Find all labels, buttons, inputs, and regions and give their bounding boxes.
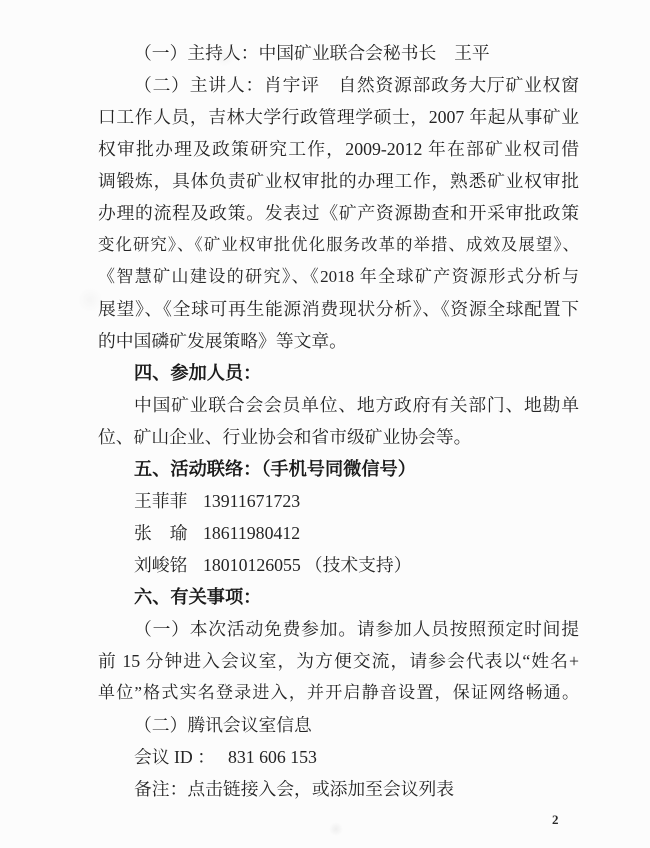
remark-line: 备注：点击链接入会，或添加至会议列表 [98, 773, 579, 805]
matters-item1-line-3: 单位”格式实名登录进入，并开启静音设置，保证网络畅通。 [98, 677, 579, 709]
contact-row: 刘峻铭18010126055（技术支持） [98, 549, 579, 581]
speaker-line-8: 展望》、《全球可再生能源消费现状分析》、《资源全球配置下 [98, 293, 579, 325]
scanned-document-page: （一）主持人：中国矿业联合会秘书长 王平 （二）主讲人：肖宇评 自然资源部政务大… [0, 0, 650, 848]
section-heading-matters: 六、有关事项： [98, 581, 579, 613]
contact-row: 张 瑜18611980412 [98, 517, 579, 549]
meeting-id-value: 831 606 153 [228, 747, 317, 767]
speaker-line-3: 权审批办理及政策研究工作，2009-2012 年在部矿业权司借 [98, 133, 579, 165]
meeting-id-line: 会议 ID ：831 606 153 [98, 741, 579, 773]
participants-line-2: 位、矿山企业、行业协会和省市级矿业协会等。 [98, 421, 579, 453]
contact-name: 王菲菲 [134, 485, 203, 517]
contact-phone: 13911671723 [203, 491, 300, 511]
speaker-line-6: 变化研究》、《矿业权审批优化服务改革的举措、成效及展望》、 [98, 229, 579, 261]
contact-name: 刘峻铭 [134, 549, 203, 581]
matters-item1-line-2: 前 15 分钟进入会议室，为方便交流，请参会代表以“姓名+ [98, 645, 579, 677]
host-line: （一）主持人：中国矿业联合会秘书长 王平 [98, 37, 579, 69]
contact-row: 王菲菲13911671723 [98, 485, 579, 517]
matters-item2-line: （二）腾讯会议室信息 [98, 709, 579, 741]
speaker-line-1: （二）主讲人：肖宇评 自然资源部政务大厅矿业权窗 [98, 69, 579, 101]
speaker-line-9: 的中国磷矿发展策略》等文章。 [98, 325, 579, 357]
contact-name: 张 瑜 [134, 517, 203, 549]
speaker-line-4: 调锻炼，具体负责矿业权审批的办理工作，熟悉矿业权审批 [98, 165, 579, 197]
participants-line-1: 中国矿业联合会会员单位、地方政府有关部门、地勘单 [98, 389, 579, 421]
speaker-line-5: 办理的流程及政策。发表过《矿产资源勘查和开采审批政策 [98, 197, 579, 229]
contact-note: （技术支持） [305, 555, 412, 575]
section-heading-contacts: 五、活动联络：（手机号同微信号） [98, 453, 579, 485]
section-heading-participants: 四、参加人员： [98, 357, 579, 389]
contact-phone: 18010126055 [203, 555, 301, 575]
meeting-id-label: 会议 ID ： [134, 747, 215, 767]
speaker-line-2: 口工作人员，吉林大学行政管理学硕士，2007 年起从事矿业 [98, 101, 579, 133]
matters-item1-line-1: （一）本次活动免费参加。请参加人员按照预定时间提 [98, 613, 579, 645]
speaker-line-7: 《智慧矿山建设的研究》、《2018 年全球矿产资源形式分析与 [98, 261, 579, 293]
document-body: （一）主持人：中国矿业联合会秘书长 王平 （二）主讲人：肖宇评 自然资源部政务大… [98, 37, 579, 805]
page-number: 2 [552, 812, 559, 828]
contact-phone: 18611980412 [203, 523, 300, 543]
